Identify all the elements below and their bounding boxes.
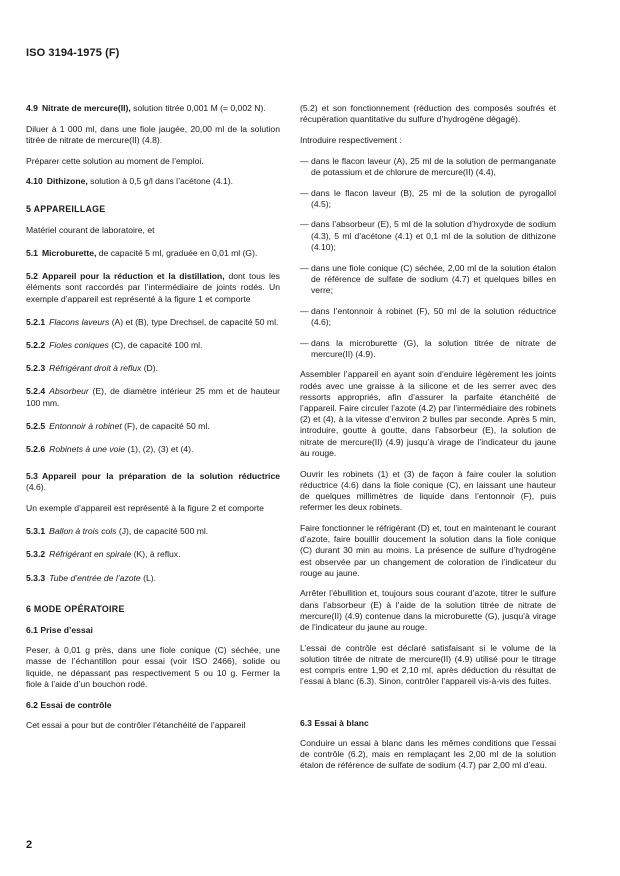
list-item: —dans la microburette (G), la solution t… [300, 338, 556, 360]
paragraph: Cet essai a pour but de contrôler l’étan… [26, 720, 280, 731]
paragraph: Conduire un essai à blanc dans les mêmes… [300, 738, 556, 772]
clause-text: de capacité 5 ml, graduée en 0,01 ml (G)… [96, 248, 257, 258]
clause-title: Microburette, [42, 248, 96, 258]
clause-title: Nitrate de mercure(II), [42, 103, 131, 113]
list-item: —dans le flacon laveur (A), 25 ml de la … [300, 156, 556, 178]
list-item: —dans une fiole conique (C) séchée, 2,00… [300, 263, 556, 297]
list-item: —dans l’absorbeur (E), 5 ml de la soluti… [300, 219, 556, 253]
list-item-text: dans la microburette (G), la solution ti… [311, 338, 556, 359]
clause-text: (4.6). [26, 482, 46, 492]
clause-text: (A) et (B), type Drechsel, de capacité 5… [109, 317, 278, 327]
clause-text: (F), de capacité 50 ml. [122, 421, 210, 431]
clause-text: solution titrée 0,001 M (= 0,002 N). [131, 103, 266, 113]
clause-5-2: 5.2Appareil pour la réduction et la dist… [26, 271, 280, 305]
clause-number: 5.2.2 [26, 340, 45, 350]
clause-title: Réfrigérant en spirale [49, 549, 131, 559]
clause-5-2-3: 5.2.3Réfrigérant droit à reflux (D). [26, 363, 280, 374]
clause-number: 4.10 [26, 176, 43, 186]
clause-5-3-3: 5.3.3Tube d’entrée de l’azote (L). [26, 573, 280, 584]
clause-5-3-1: 5.3.1Ballon à trois cols (J), de capacit… [26, 526, 280, 537]
list-item-text: dans le flacon laveur (B), 25 ml de la s… [311, 188, 556, 209]
document-header: ISO 3194-1975 (F) [26, 48, 119, 59]
section-heading-6: 6 MODE OPÉRATOIRE [26, 604, 280, 615]
paragraph: Un exemple d’appareil est représenté à l… [26, 503, 280, 514]
clause-5-1: 5.1Microburette, de capacité 5 ml, gradu… [26, 248, 280, 259]
clause-number: 5.2.6 [26, 444, 45, 454]
clause-text: (L). [141, 573, 156, 583]
dash-bullet-icon: — [300, 156, 311, 167]
clause-text: (1), (2), (3) et (4). [125, 444, 193, 454]
clause-5-2-1: 5.2.1Flacons laveurs (A) et (B), type Dr… [26, 317, 280, 328]
clause-text: (D). [141, 363, 158, 373]
section-heading-5: 5 APPAREILLAGE [26, 204, 280, 215]
dash-bullet-icon: — [300, 219, 311, 230]
clause-5-2-5: 5.2.5Entonnoir à robinet (F), de capacit… [26, 421, 280, 432]
dash-bullet-icon: — [300, 263, 311, 274]
dash-bullet-icon: — [300, 306, 311, 317]
clause-number: 5.2.3 [26, 363, 45, 373]
clause-title: Appareil pour la réduction et la distill… [42, 271, 225, 281]
subsection-heading-6-3: 6.3 Essai à blanc [300, 718, 556, 729]
clause-text: (K), à reflux. [131, 549, 180, 559]
clause-number: 5.2 [26, 271, 38, 281]
clause-text: (J), de capacité 500 ml. [116, 526, 208, 536]
list-item: —dans le flacon laveur (B), 25 ml de la … [300, 188, 556, 210]
clause-5-2-6: 5.2.6Robinets à une voie (1), (2), (3) e… [26, 444, 280, 455]
list-item-text: dans une fiole conique (C) séchée, 2,00 … [311, 263, 556, 295]
clause-title: Dithizone, [47, 176, 88, 186]
clause-title: Tube d’entrée de l’azote [49, 573, 141, 583]
left-column: 4.9Nitrate de mercure(II), solution titr… [26, 103, 280, 741]
clause-title: Flacons laveurs [49, 317, 109, 327]
list-item: —dans l’entonnoir à robinet (F), 50 ml d… [300, 306, 556, 328]
list-item-text: dans l’entonnoir à robinet (F), 50 ml de… [311, 306, 556, 327]
clause-5-2-4: 5.2.4Absorbeur (E), de diamètre intérieu… [26, 386, 280, 408]
paragraph: Arrêter l’ébullition et, toujours sous c… [300, 588, 556, 633]
clause-title: Fioles coniques [49, 340, 109, 350]
clause-number: 5.2.5 [26, 421, 45, 431]
clause-number: 5.3.2 [26, 549, 45, 559]
clause-number: 5.3.3 [26, 573, 45, 583]
dash-bullet-icon: — [300, 188, 311, 199]
clause-4-10: 4.10Dithizone, solution à 0,5 g/l dans l… [26, 176, 280, 187]
clause-text: solution à 0,5 g/l dans l’acétone (4.1). [88, 176, 233, 186]
right-column: (5.2) et son fonctionnement (réduction d… [300, 103, 556, 781]
paragraph: Préparer cette solution au moment de l’e… [26, 156, 280, 167]
page-number: 2 [26, 840, 32, 851]
clause-text: (C), de capacité 100 ml. [109, 340, 203, 350]
subsection-heading-6-1: 6.1 Prise d’essai [26, 625, 280, 636]
paragraph: Faire fonctionner le réfrigérant (D) et,… [300, 523, 556, 579]
clause-number: 5.3.1 [26, 526, 45, 536]
dash-bullet-icon: — [300, 338, 311, 349]
clause-title: Entonnoir à robinet [49, 421, 122, 431]
paragraph: Introduire respectivement : [300, 135, 556, 146]
clause-5-3-2: 5.3.2Réfrigérant en spirale (K), à reflu… [26, 549, 280, 560]
clause-number: 5.2.1 [26, 317, 45, 327]
clause-number: 4.9 [26, 103, 38, 113]
paragraph: Ouvrir les robinets (1) et (3) de façon … [300, 469, 556, 514]
clause-title: Appareil pour la préparation de la solut… [42, 471, 280, 481]
paragraph: Diluer à 1 000 ml, dans une fiole jaugée… [26, 124, 280, 146]
clause-number: 5.3 [26, 471, 38, 481]
clause-5-3: 5.3Appareil pour la préparation de la so… [26, 471, 280, 493]
clause-5-2-2: 5.2.2Fioles coniques (C), de capacité 10… [26, 340, 280, 351]
paragraph: (5.2) et son fonctionnement (réduction d… [300, 103, 556, 125]
paragraph: Matériel courant de laboratoire, et [26, 225, 280, 236]
subsection-heading-6-2: 6.2 Essai de contrôle [26, 700, 280, 711]
clause-number: 5.2.4 [26, 386, 45, 396]
paragraph: Assembler l’appareil en ayant soin d’end… [300, 369, 556, 459]
clause-title: Ballon à trois cols [49, 526, 116, 536]
clause-title: Absorbeur [49, 386, 89, 396]
clause-title: Réfrigérant droit à reflux [49, 363, 141, 373]
clause-number: 5.1 [26, 248, 38, 258]
clause-title: Robinets à une voie [49, 444, 125, 454]
list-item-text: dans l’absorbeur (E), 5 ml de la solutio… [311, 219, 556, 251]
clause-4-9: 4.9Nitrate de mercure(II), solution titr… [26, 103, 280, 114]
paragraph: L’essai de contrôle est déclaré satisfai… [300, 643, 556, 688]
list-item-text: dans le flacon laveur (A), 25 ml de la s… [311, 156, 556, 177]
paragraph: Peser, à 0,01 g près, dans une fiole con… [26, 645, 280, 690]
